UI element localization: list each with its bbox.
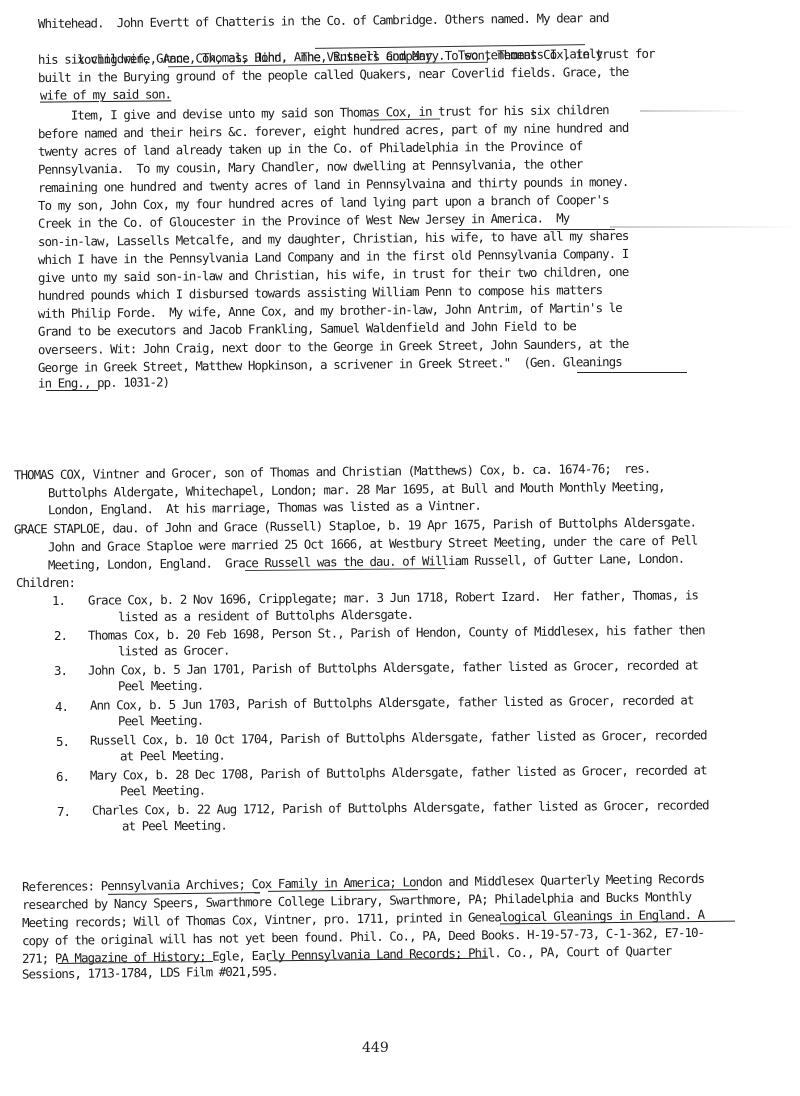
text-line: listed as Grocer. <box>118 642 230 661</box>
text-line: Sessions, 1713-1784, LDS Film #021,595. <box>22 962 278 983</box>
text-line: at Peel Meeting. <box>122 817 227 836</box>
text-line: Peel Meeting. <box>118 677 203 696</box>
children-heading: Children: <box>16 574 75 592</box>
text-line: wife of my said son. <box>40 85 171 104</box>
text-line: Peel Meeting. <box>118 712 203 731</box>
document-page: Whitehead. John Evertt of Chatteris in t… <box>0 0 800 1096</box>
scan-smudge <box>640 110 750 112</box>
list-number: 2. <box>54 627 67 645</box>
page-number: 449 <box>362 1040 389 1056</box>
text-line: Peel Meeting. <box>120 782 205 801</box>
scan-smudge <box>610 226 800 228</box>
list-number: 4. <box>55 698 68 716</box>
underline-mark <box>455 229 615 230</box>
text-line: at Peel Meeting. <box>120 747 225 766</box>
text-line: listed as a resident of Buttolphs Alders… <box>118 606 413 627</box>
list-number: 3. <box>54 662 67 680</box>
list-number: 7. <box>57 803 70 821</box>
list-number: 1. <box>52 592 65 610</box>
underline-mark <box>577 372 687 373</box>
list-number: 6. <box>56 768 69 786</box>
list-number: 5. <box>56 733 69 751</box>
underline-mark <box>46 390 98 391</box>
